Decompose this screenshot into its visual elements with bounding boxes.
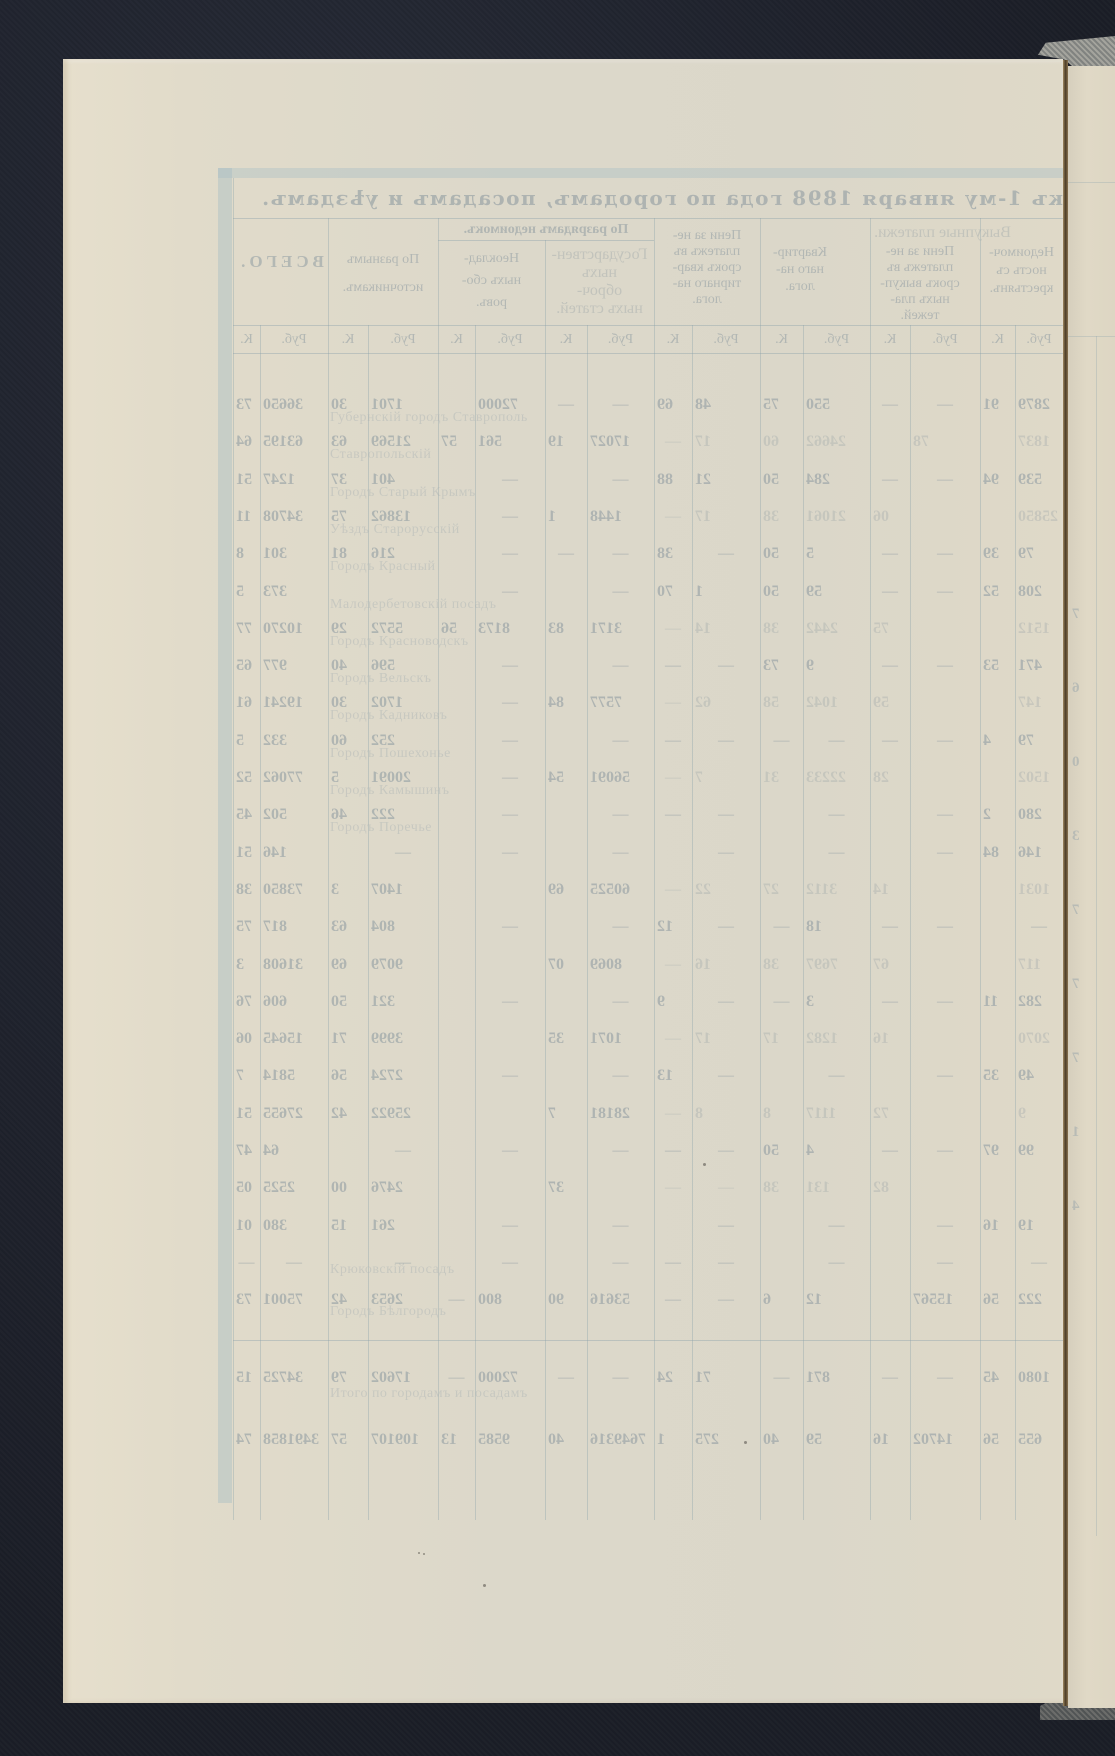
overlay-line: Губернскій городъ Ставрополь [330,410,528,426]
table-cell: 73850 [260,877,328,903]
facing-page-number: 0 [1072,754,1080,771]
table-cell: 69 [328,952,368,978]
table-cell: 3 [803,989,870,1015]
table-cell: — [692,989,760,1015]
table-cell: 5 [233,728,260,754]
column-header-peasant-arrears: Недоимоч- ность съ крестьянъ. [980,244,1063,298]
table-cell: — [368,840,438,866]
table-cell: 7697 [803,952,870,978]
table-cell: 59 [803,1427,870,1453]
table-cell: — [760,1365,803,1391]
table-cell: 1407 [368,877,438,903]
table-cell: 22 [692,877,760,903]
table-cell: 301 [260,541,328,567]
column-rule [328,218,329,1520]
column-rule [760,218,761,1520]
table-cell: — [692,802,760,828]
table-cell: 1837 [1015,429,1063,455]
table-cell: 1448 [587,504,654,530]
table-cell: 49 [1015,1063,1063,1089]
column-header-penalty-redemption: Пени за не- платежъ въ срокъ выкуп- ныхъ… [865,244,975,324]
column-rule [803,325,804,1520]
table-cell: 21061 [803,504,870,530]
table-cell: 75 [760,392,803,418]
table-cell: 69 [545,877,587,903]
column-rule [910,325,911,1520]
column-rule [260,325,261,1520]
table-cell: 73 [233,1287,260,1313]
table-cell: — [654,504,692,530]
table-cell: 28 [870,765,910,791]
column-header-various-sources: По разнымъ источникамъ. [328,246,438,302]
table-cell: 8 [233,541,260,567]
table-cell: 07 [545,952,587,978]
table-cell: — [1015,914,1063,940]
table-cell: — [368,1250,438,1276]
table-cell: 12 [803,1287,870,1313]
table-cell: 31608 [260,952,328,978]
table-cell: 29 [328,616,368,642]
table-cell: — [692,1287,760,1313]
table-cell: — [587,989,654,1015]
table-cell: 84 [980,840,1015,866]
table-cell: — [587,579,654,605]
table-cell: 1247 [260,467,328,493]
table-cell: 31 [760,765,803,791]
table-cell: 38 [760,952,803,978]
table-cell: 50 [760,579,803,605]
table-cell: 56 [328,1063,368,1089]
table-cell: 73 [233,392,260,418]
table-cell: 5 [803,541,870,567]
table-frame-top [218,168,1063,178]
facing-page-number: 7 [1072,1050,1080,1067]
table-cell: 71 [328,1026,368,1052]
table-cell: 7 [233,1063,260,1089]
table-cell: 59 [803,579,870,605]
table-cell: — [587,467,654,493]
table-cell: — [870,579,910,605]
table-cell: — [654,653,692,679]
table-cell: — [475,1250,545,1276]
table-cell: 90 [545,1287,587,1313]
table-cell: 606 [260,989,328,1015]
table-cell: — [368,1138,438,1164]
table-cell: 54 [545,765,587,791]
paper-speck [483,1584,486,1587]
table-cell: 63 [328,914,368,940]
unit-kopecks: К. [233,329,260,351]
table-cell: — [760,989,803,1015]
unit-rubles: Руб. [260,329,328,351]
table-cell: 28181 [587,1101,654,1127]
overlay-line: Ставропольскій [330,447,431,463]
table-cell: — [475,802,545,828]
table-cell: 74 [233,1427,260,1453]
table-cell: 51 [233,840,260,866]
table-cell: — [475,728,545,754]
table-cell: — [870,989,910,1015]
table-cell: — [803,802,870,828]
table-cell: 42 [328,1101,368,1127]
table-cell: 00 [328,1175,368,1201]
facing-page-rule [1068,182,1115,183]
column-rule [870,218,871,1520]
table-cell: 2879 [1015,392,1063,418]
table-cell: — [654,690,692,716]
table-cell: 8 [760,1101,803,1127]
table-cell: — [475,1138,545,1164]
table-cell: — [475,504,545,530]
table-cell: 1282 [803,1026,870,1052]
facing-page-number: 7 [1072,902,1080,919]
facing-page-number: 6 [1072,680,1080,697]
table-cell: 550 [803,392,870,418]
table-cell: 216 [368,541,438,567]
table-cell: — [692,653,760,679]
table-cell: — [654,728,692,754]
table-cell: 84 [545,690,587,716]
table-cell: 25922 [368,1101,438,1127]
frame-inner-rule [233,178,234,1520]
table-cell: 208 [1015,579,1063,605]
horizontal-rule [233,1340,1063,1341]
table-cell: 64 [260,1138,328,1164]
column-header-housing-tax: Квартир- наго на- лога. [740,244,860,295]
table-cell: — [910,802,980,828]
table-cell: 16 [870,1026,910,1052]
table-cell: 9 [654,989,692,1015]
table-cell: — [587,653,654,679]
overlay-line: Городъ Вельскъ [330,671,432,687]
table-cell: — [692,914,760,940]
top-right-header: Выкупные платежи. [870,224,1015,242]
table-cell: 380 [260,1213,328,1239]
table-cell: 24662 [803,429,870,455]
table-cell: — [587,1213,654,1239]
table-cell: 35 [545,1026,587,1052]
column-rule [692,325,693,1520]
table-cell: — [475,989,545,1015]
overlay-line: Городъ Камышинъ [330,783,449,799]
table-cell: 401 [368,467,438,493]
table-cell: 11 [233,504,260,530]
horizontal-rule [438,240,654,241]
table-cell: 21 [692,467,760,493]
table-cell: 12 [654,914,692,940]
table-cell: 83 [545,616,587,642]
table-cell: 1701 [368,392,438,418]
table-cell: 19 [1015,1213,1063,1239]
unit-kopecks: К. [870,329,910,351]
table-cell: — [910,728,980,754]
table-cell: 46 [328,802,368,828]
table-cell: 332 [260,728,328,754]
table-cell: 5 [233,579,260,605]
table-cell: — [910,541,980,567]
table-cell: 2724 [368,1063,438,1089]
table-cell: 4 [803,1138,870,1164]
table-cell: 5814 [260,1063,328,1089]
table-cell: — [910,653,980,679]
table-cell: 13862 [368,504,438,530]
table-cell: — [870,728,910,754]
table-cell: 77062 [260,765,328,791]
table-cell: 17 [692,1026,760,1052]
table-cell: 60525 [587,877,654,903]
facing-page-number: 3 [1072,828,1080,845]
table-cell: 1 [545,504,587,530]
column-rule [368,325,369,1520]
table-cell: 82 [870,1175,910,1201]
table-cell: — [475,914,545,940]
table-cell: 38 [654,541,692,567]
paper-speck [744,1441,747,1444]
column-rule [438,218,439,1520]
table-cell: 61 [233,690,260,716]
table-cell: 38 [233,877,260,903]
table-cell: 22233 [803,765,870,791]
facing-page-edge: 760377714 [1068,66,1115,1708]
table-cell: 94 [980,467,1015,493]
table-cell: 21569 [368,429,438,455]
table-frame-left [218,168,232,1503]
table-cell: 1042 [803,690,870,716]
table-cell: — [475,653,545,679]
table-cell: 7649316 [587,1427,654,1453]
table-cell: 57 [328,1427,368,1453]
table-cell: 05 [233,1175,260,1201]
table-cell: — [654,616,692,642]
table-cell: 3 [328,877,368,903]
table-cell: — [260,1250,328,1276]
table-cell: 222 [368,802,438,828]
table-cell: 282 [1015,989,1063,1015]
unit-rubles: Руб. [587,329,654,351]
table-cell: — [475,467,545,493]
column-rule [545,240,546,1520]
table-cell: 9 [1015,1101,1063,1127]
unit-kopecks: К. [760,329,803,351]
table-cell: 17027 [587,429,654,455]
table-cell: — [760,728,803,754]
overlay-line: Уѣздъ Старорусскій [330,522,460,538]
facing-page-rule [1068,336,1115,337]
table-cell: — [654,877,692,903]
facing-page-number: 4 [1072,1198,1080,1215]
table-cell: 52 [233,765,260,791]
table-cell: — [438,1365,475,1391]
table-cell: 8173 [475,616,545,642]
table-cell: 52 [980,579,1015,605]
table-cell: 871 [803,1365,870,1391]
table-cell: 15 [328,1213,368,1239]
table-cell: 3999 [368,1026,438,1052]
table-cell: — [910,1250,980,1276]
table-cell: 50 [328,989,368,1015]
table-cell: 60 [328,728,368,754]
table-cell: 471 [1015,653,1063,679]
table-cell: — [910,840,980,866]
horizontal-rule [233,325,1063,326]
table-cell: 8 [692,1101,760,1127]
facing-page-number: 1 [1072,1124,1080,1141]
table-cell: 50 [760,467,803,493]
table-cell: 67 [870,952,910,978]
unit-rubles: Руб. [692,329,760,351]
table-cell: 3491858 [260,1427,328,1453]
table-cell: — [1015,1250,1063,1276]
table-cell: 99 [1015,1138,1063,1164]
table-cell: 30 [328,690,368,716]
table-cell: 9079 [368,952,438,978]
table-cell: — [910,1365,980,1391]
table-cell: 42 [328,1287,368,1313]
table-cell: 56 [980,1427,1015,1453]
table-cell: 65 [233,653,260,679]
table-cell: — [870,1138,910,1164]
table-cell: 81 [328,541,368,567]
table-cell: 7577 [587,690,654,716]
table-cell: 9 [803,653,870,679]
table-cell: — [870,541,910,567]
table-cell: 977 [260,653,328,679]
column-rule [587,325,588,1520]
table-cell: 147 [1015,690,1063,716]
table-cell: 51 [233,1101,260,1127]
table-cell: 06 [233,1026,260,1052]
overlay-line: Городъ Красноводскъ [330,634,469,650]
table-cell: 2070 [1015,1026,1063,1052]
table-cell: — [475,541,545,567]
overlay-line: Городъ Кадниковъ [330,708,447,724]
table-cell: — [803,1063,870,1089]
table-cell: 18 [803,914,870,940]
table-cell: — [475,765,545,791]
table-cell: — [587,1250,654,1276]
table-cell: 3171 [587,616,654,642]
table-cell: 502 [260,802,328,828]
column-rule [654,218,655,1520]
table-cell: — [654,1138,692,1164]
table-cell: — [803,728,870,754]
table-cell: 34725 [260,1365,328,1391]
table-cell: — [870,914,910,940]
table-cell: 70 [654,579,692,605]
table-cell: 2 [980,802,1015,828]
table-cell: 62 [692,690,760,716]
table-cell: 14702 [910,1427,980,1453]
table-cell: 596 [368,653,438,679]
table-cell: — [587,802,654,828]
unit-rubles: Руб. [910,329,980,351]
table-cell: 64 [233,429,260,455]
table-cell: 373 [260,579,328,605]
table-cell: 75 [870,616,910,642]
table-cell: — [438,1287,475,1313]
table-cell: 252 [368,728,438,754]
table-cell: 109107 [368,1427,438,1453]
table-cell: 1512 [1015,616,1063,642]
overlay-line: Городъ Бѣлгородъ [330,1304,446,1320]
unit-kopecks: К. [438,329,475,351]
table-cell: — [910,1213,980,1239]
table-cell: — [692,1250,760,1276]
column-header-total: ВСЕГО. [233,254,328,270]
table-cell: 25850 [1015,504,1063,530]
horizontal-rule [233,218,1063,219]
table-cell: 19241 [260,690,328,716]
table-cell: 17602 [368,1365,438,1391]
table-cell: 45 [233,802,260,828]
overlay-line: Городъ Поречье [330,820,432,836]
table-cell: 4 [980,728,1015,754]
overlay-line: Итого по городамъ и посадамъ [330,1386,528,1402]
table-cell: — [692,541,760,567]
overlay-line: Городъ Красный [330,559,435,575]
table-cell: 59 [870,690,910,716]
book-page: къ 1-му января 1898 года по городамъ, по… [63,59,1063,1703]
table-cell: — [587,1138,654,1164]
table-cell: — [692,1138,760,1164]
column-header-non-assessed-fees: Неоклад- ныхъ сбо- ровъ. [438,248,545,314]
table-cell: 45 [980,1365,1015,1391]
table-cell: 20091 [368,765,438,791]
table-cell: 37 [545,1175,587,1201]
table-cell: 40 [545,1427,587,1453]
table-cell: 804 [368,914,438,940]
table-cell: — [870,467,910,493]
table-cell: 10270 [260,616,328,642]
table-cell: 38 [760,504,803,530]
table-cell: 75001 [260,1287,328,1313]
table-cell: 97 [980,1138,1015,1164]
table-cell: — [910,1063,980,1089]
table-cell: 146 [1015,840,1063,866]
column-rule [475,325,476,1520]
table-cell: — [545,392,587,418]
table-cell: 8069 [587,952,654,978]
unit-kopecks: К. [545,329,587,351]
table-cell: 13 [438,1427,475,1453]
table-cell: 3 [233,952,260,978]
unit-kopecks: К. [328,329,368,351]
paper-speck [418,1552,420,1554]
table-cell: 7 [692,765,760,791]
table-cell: 50 [760,541,803,567]
table-cell: 60 [760,429,803,455]
table-cell: — [910,914,980,940]
table-cell: — [587,728,654,754]
table-cell: 261 [368,1213,438,1239]
table-cell: 63195 [260,429,328,455]
table-cell: 36650 [260,392,328,418]
table-cell: — [654,1287,692,1313]
table-cell: — [654,952,692,978]
table-cell: — [654,1175,692,1201]
table-cell: 79 [1015,728,1063,754]
table-cell: 1502 [1015,765,1063,791]
table-cell: 35 [980,1063,1015,1089]
unit-rubles: Руб. [475,329,545,351]
table-cell: 117 [1015,952,1063,978]
table-cell: 77 [233,616,260,642]
table-cell: — [475,579,545,605]
table-cell: — [910,989,980,1015]
table-cell: — [587,840,654,866]
table-cell: — [870,653,910,679]
table-cell: 56 [980,1287,1015,1313]
